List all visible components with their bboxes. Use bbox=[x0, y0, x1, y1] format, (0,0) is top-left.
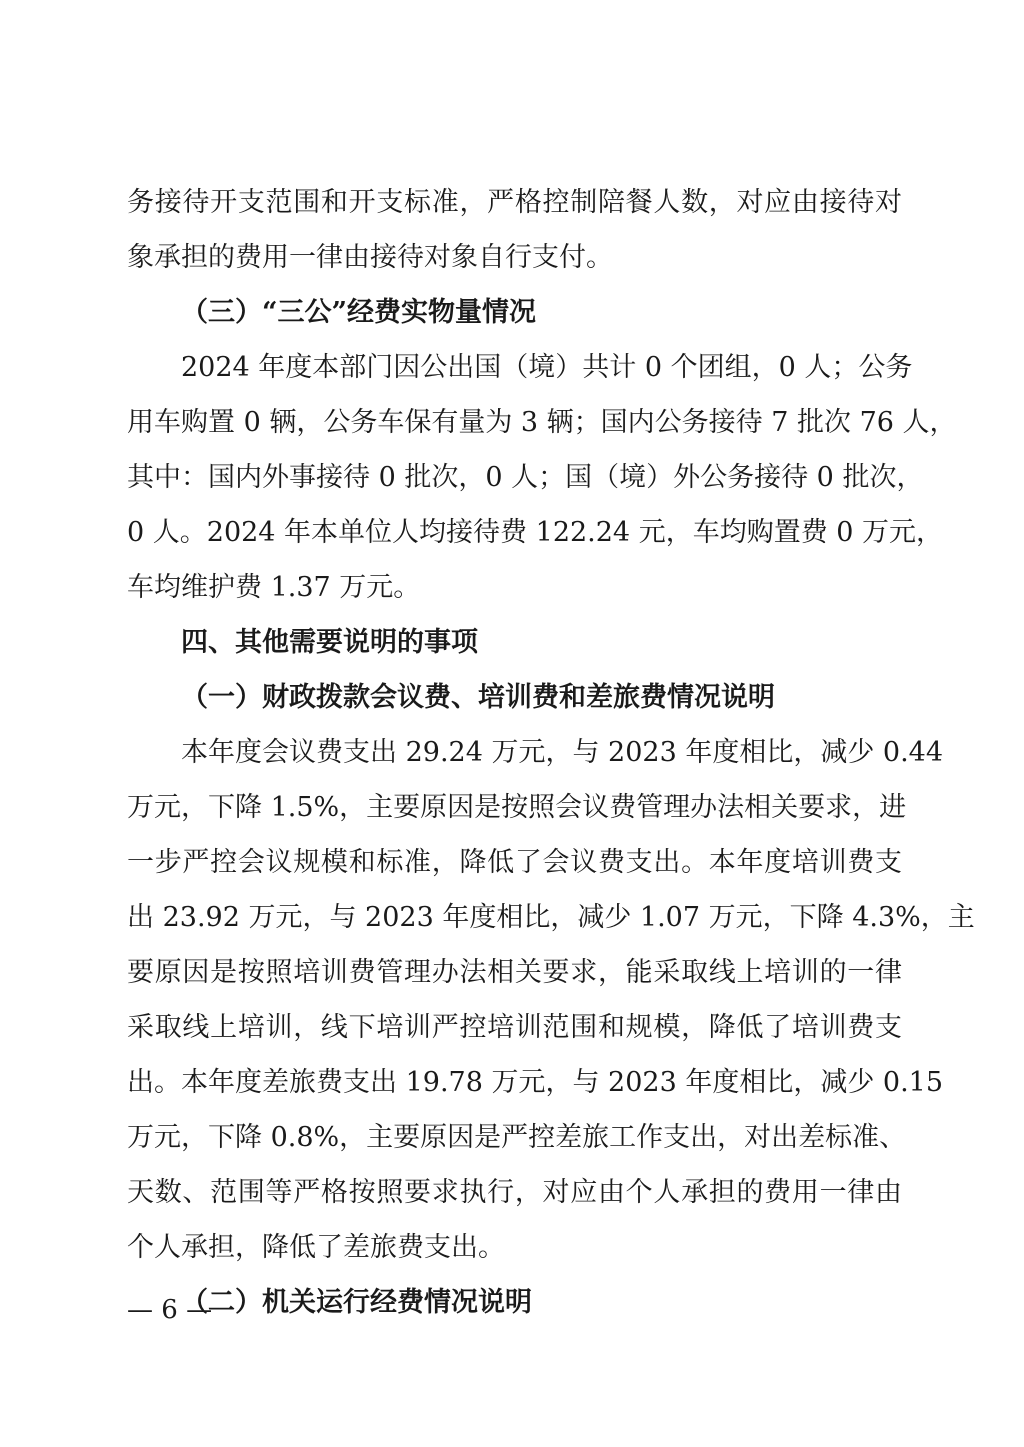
subsection-heading: （三）“三公”经费实物量情况 bbox=[181, 293, 902, 333]
body-text-line: 其中：国内外事接待 0 批次，0 人；国（境）外公务接待 0 批次， bbox=[127, 458, 902, 498]
paragraph-last-line: 车均维护费 1.37 万元。 bbox=[127, 568, 902, 608]
body-text-line: 用车购置 0 辆，公务车保有量为 3 辆；国内公务接待 7 批次 76 人， bbox=[127, 403, 902, 443]
paragraph-last-line: 象承担的费用一律由接待对象自行支付。 bbox=[127, 238, 902, 278]
document-page: 务接待开支范围和开支标准，严格控制陪餐人数，对应由接待对象承担的费用一律由接待对… bbox=[0, 0, 1024, 1447]
paragraph-last-line: 个人承担，降低了差旅费支出。 bbox=[127, 1228, 902, 1268]
body-text-line: 万元，下降 0.8%，主要原因是严控差旅工作支出，对出差标准、 bbox=[127, 1118, 902, 1158]
body-text-line: 天数、范围等严格按照要求执行，对应由个人承担的费用一律由 bbox=[127, 1173, 902, 1213]
page-number: — 6 — bbox=[127, 1290, 212, 1330]
section-heading: 四、其他需要说明的事项 bbox=[181, 623, 902, 663]
body-text-line: 0 人。2024 年本单位人均接待费 122.24 元，车均购置费 0 万元， bbox=[127, 513, 902, 553]
subsection-heading: （二）机关运行经费情况说明 bbox=[181, 1283, 902, 1323]
body-text-line: 出。本年度差旅费支出 19.78 万元，与 2023 年度相比，减少 0.15 bbox=[127, 1063, 902, 1103]
body-text-line: 务接待开支范围和开支标准，严格控制陪餐人数，对应由接待对 bbox=[127, 183, 902, 223]
body-text-line: 出 23.92 万元，与 2023 年度相比，减少 1.07 万元，下降 4.3… bbox=[127, 898, 902, 938]
body-text-line: 采取线上培训，线下培训严控培训范围和规模，降低了培训费支 bbox=[127, 1008, 902, 1048]
paragraph-first-line: 本年度会议费支出 29.24 万元，与 2023 年度相比，减少 0.44 bbox=[181, 733, 902, 773]
body-text-line: 要原因是按照培训费管理办法相关要求，能采取线上培训的一律 bbox=[127, 953, 902, 993]
body-text-line: 万元，下降 1.5%，主要原因是按照会议费管理办法相关要求，进 bbox=[127, 788, 902, 828]
subsection-heading: （一）财政拨款会议费、培训费和差旅费情况说明 bbox=[181, 678, 902, 718]
body-text-line: 一步严控会议规模和标准，降低了会议费支出。本年度培训费支 bbox=[127, 843, 902, 883]
paragraph-first-line: 2024 年度本部门因公出国（境）共计 0 个团组，0 人；公务 bbox=[181, 348, 902, 388]
